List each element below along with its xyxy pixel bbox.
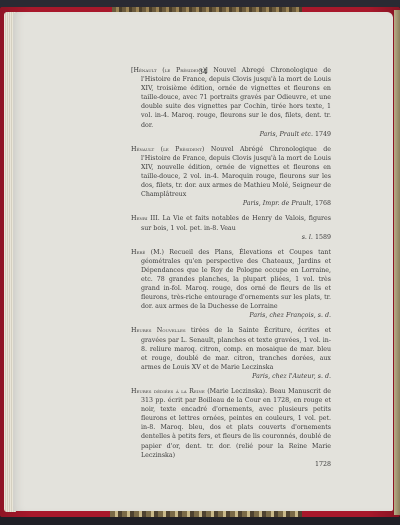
book-photo: 34 [Hénault (le Président)] Nouvel Abreg… (0, 0, 400, 525)
entry-imprint: Paris, chez François, s. d. (141, 311, 331, 320)
entry-imprint-line: s. l. 1589 (141, 233, 331, 242)
entry-heading: Henri III. (131, 215, 160, 222)
catalog-entry: Hénault (le Président) Nouvel Abrégé Chr… (131, 145, 331, 209)
entry-body: Nouvel Abrégé Chronologique de l'Histoir… (141, 146, 331, 198)
entry-heading: Hénault (le Président) (131, 146, 204, 153)
catalog-entry: Heré (M.) Recueil des Plans, Élevations … (131, 248, 331, 321)
entry-imprint: s. l. (302, 234, 313, 241)
entry-body: Nouvel Abregé Chronologique de l'Histoir… (141, 67, 331, 129)
entry-imprint: Paris, chez l'Auteur, s. d. (141, 372, 331, 381)
entry-body: (Marie Leczinska). Beau Manuscrit de 313… (141, 388, 331, 459)
page-edge-right (394, 10, 400, 515)
catalog-entry: Heures dédiées à la Reine (Marie Leczins… (131, 387, 331, 469)
catalog-entry: Henri III. La Vie et faits notables de H… (131, 214, 331, 241)
entry-date: 1728 (141, 460, 331, 469)
entry-date: 1768 (315, 200, 331, 207)
entry-heading: [Hénault (le Président)] (131, 67, 208, 74)
entry-heading: Heures dédiées à la Reine (131, 388, 205, 395)
entry-body: Recueil des Plans, Élevations et Coupes … (141, 249, 331, 311)
entry-imprint-line: Paris, Prault etc. 1749 (141, 130, 331, 139)
entry-body: La Vie et faits notables de Henry de Val… (141, 215, 331, 231)
spine-headband-bottom (110, 511, 302, 517)
entry-imprint: Paris, Impr. de Prault, (243, 200, 313, 207)
entry-date: 1589 (315, 234, 331, 241)
entry-heading: Heré (M.) (131, 249, 164, 256)
catalog-entry: Heures Nouvelles tirées de la Sainte Écr… (131, 326, 331, 381)
entry-imprint-line: Paris, Impr. de Prault, 1768 (141, 199, 331, 208)
catalog-entry: [Hénault (le Président)] Nouvel Abregé C… (131, 66, 331, 139)
entry-date: 1749 (315, 131, 331, 138)
entry-heading: Heures Nouvelles (131, 327, 186, 334)
entry-imprint: Paris, Prault etc. (260, 131, 313, 138)
catalog-entries: [Hénault (le Président)] Nouvel Abregé C… (131, 66, 331, 475)
